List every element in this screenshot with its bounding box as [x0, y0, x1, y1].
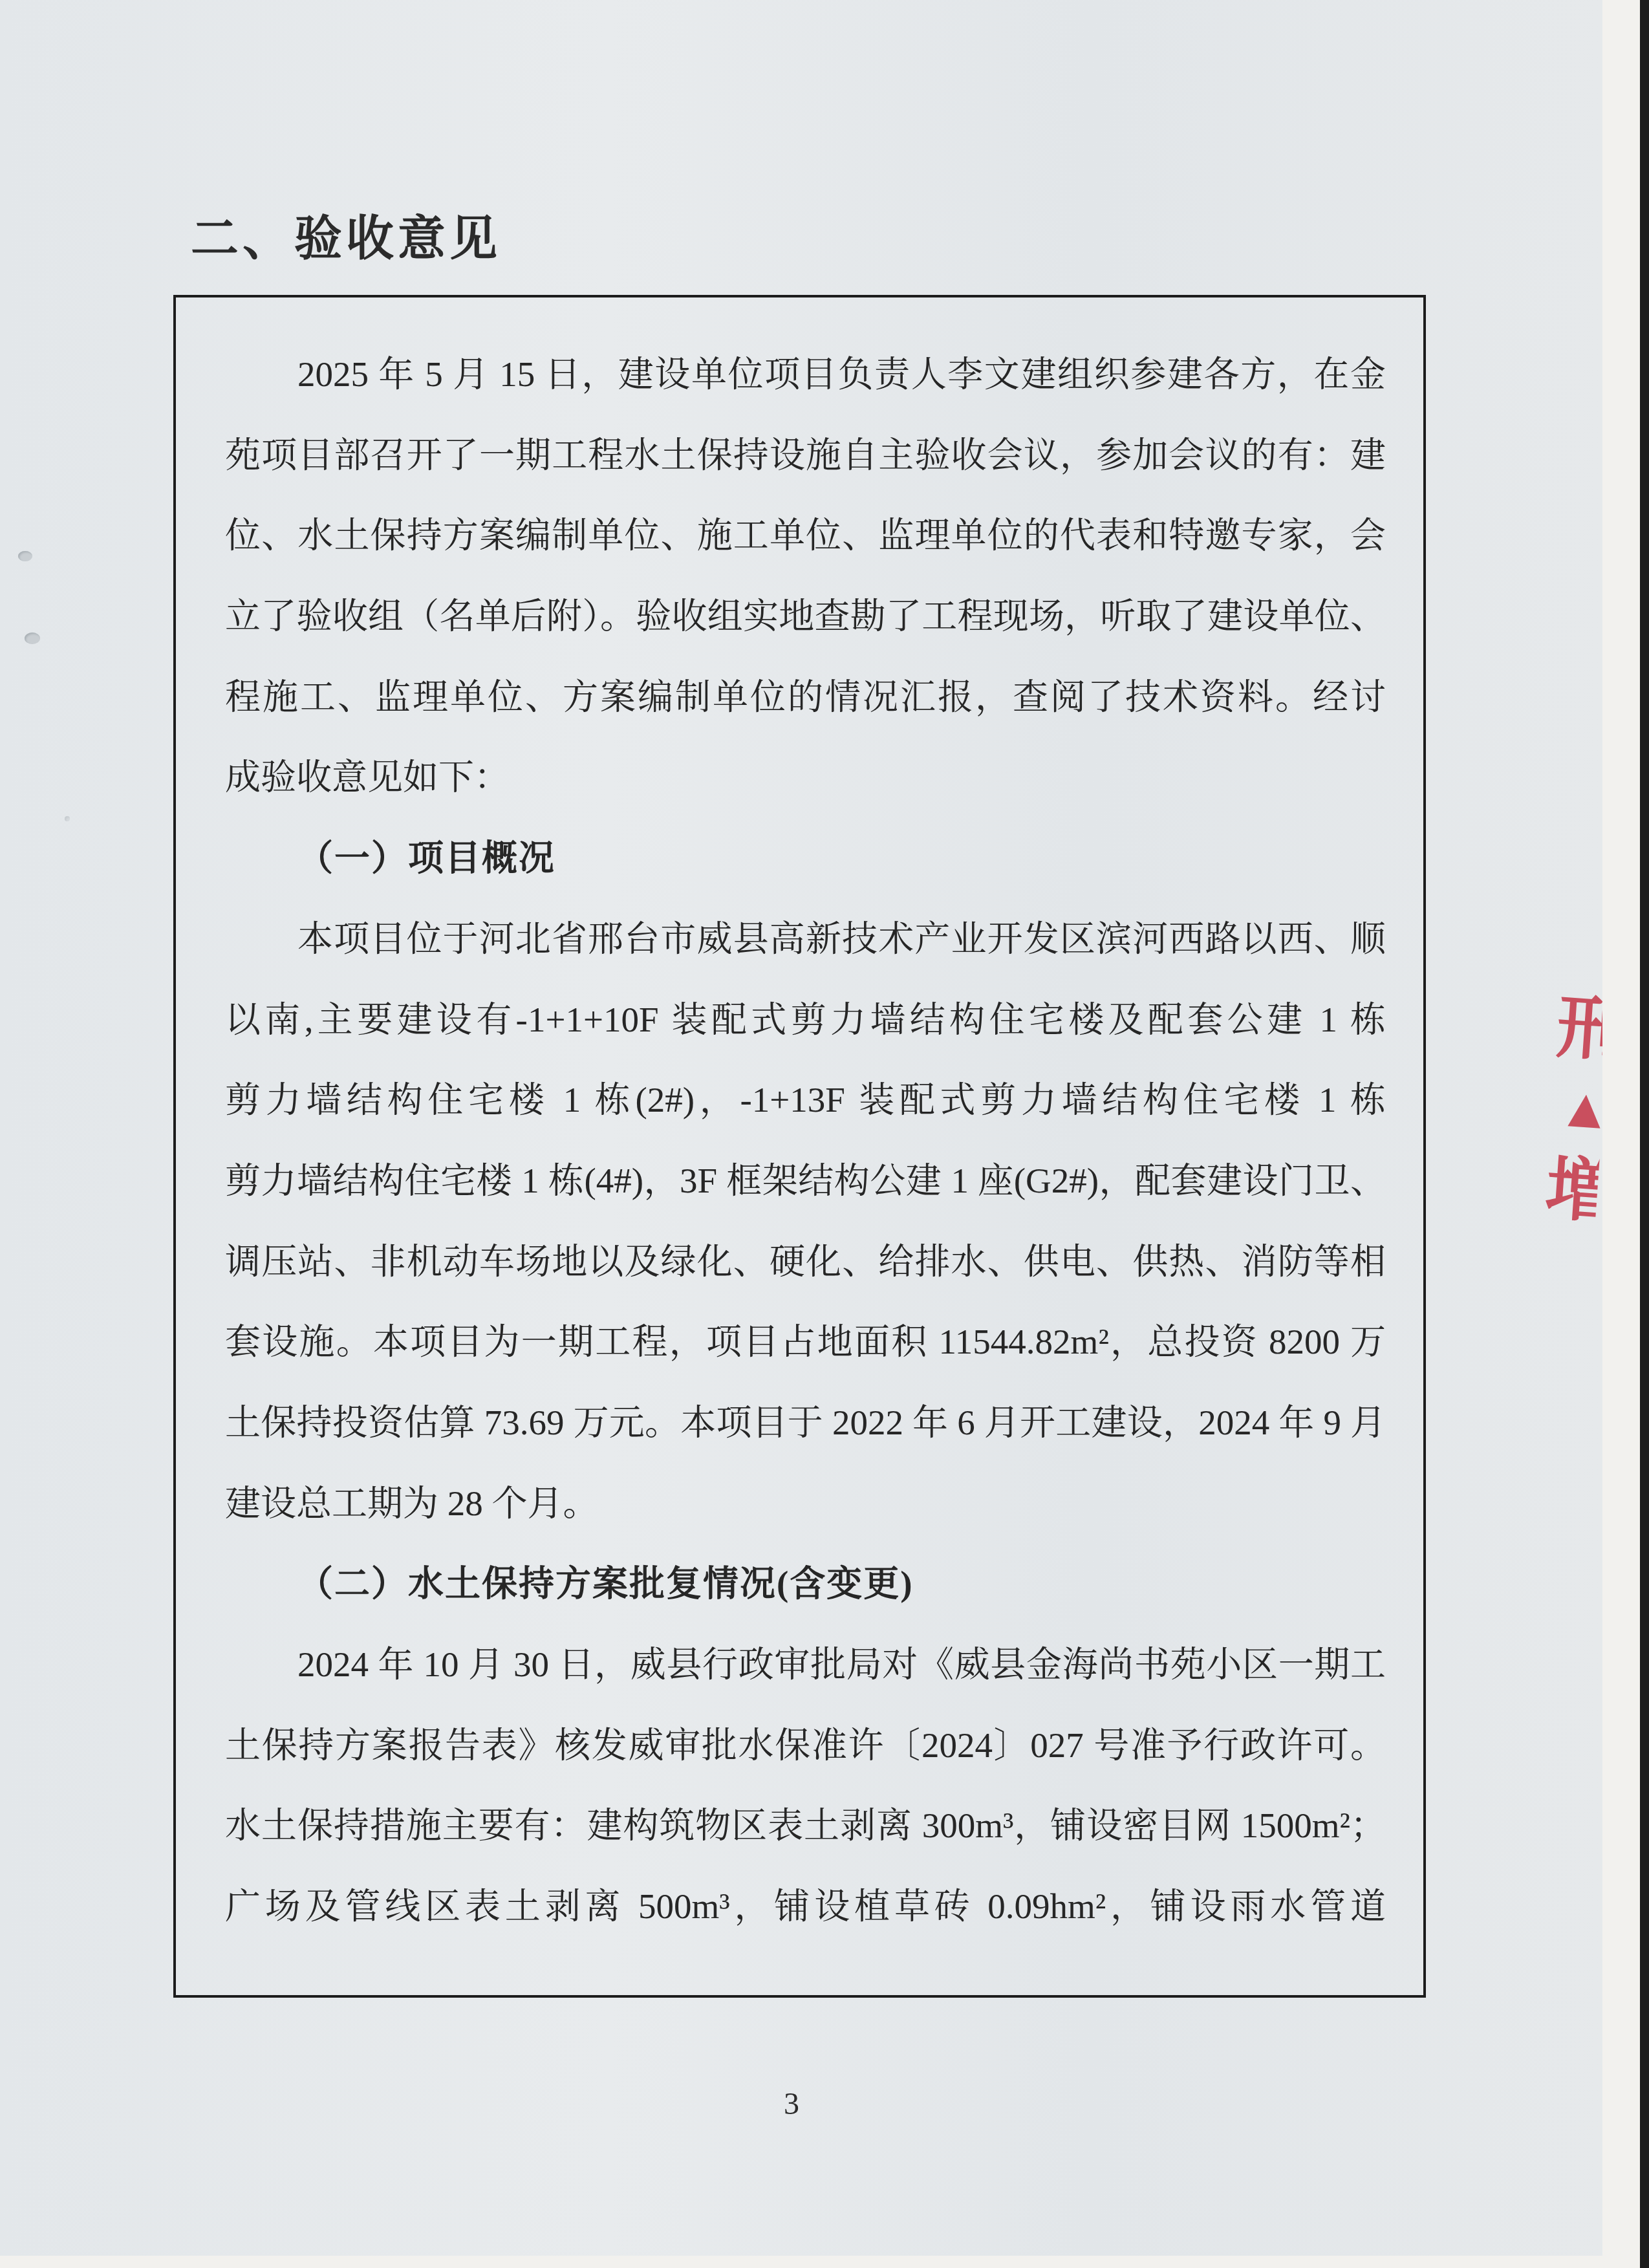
body-line: 成验收意见如下：: [225, 737, 1386, 818]
body-line: 本项目位于河北省邢台市威县高新技术产业开发区滨河西路以西、顺城路: [225, 899, 1386, 980]
body-line: 建设总工期为 28 个月。: [225, 1463, 1386, 1544]
body-line: 程施工、监理单位、方案编制单位的情况汇报，查阅了技术资料。经讨论，形: [225, 657, 1386, 738]
paper-speck: [65, 816, 70, 821]
body-line: 广场及管线区表土剥离 500m³，铺设植草砖 0.09hm²，铺设雨水管道 30…: [225, 1866, 1386, 1947]
body-line: 土保持投资估算 73.69 万元。本项目于 2022 年 6 月开工建设，202…: [225, 1383, 1386, 1463]
body-line: 2025 年 5 月 15 日，建设单位项目负责人李文建组织参建各方，在金海尚书: [225, 334, 1386, 415]
subsection-heading-1: （一）项目概况: [225, 818, 1386, 899]
body-line: 剪力墙结构住宅楼 1 栋(4#)，3F 框架结构公建 1 座(G2#)，配套建设…: [225, 1141, 1386, 1222]
staple-hole: [25, 632, 40, 644]
subsection-heading-2: （二）水土保持方案批复情况(含变更): [225, 1544, 1386, 1625]
body-line: 立了验收组（名单后附）。验收组实地查勘了工程现场，听取了建设单位、工: [225, 576, 1386, 657]
body-line: 位、水土保持方案编制单位、施工单位、监理单位的代表和特邀专家，会议成: [225, 495, 1386, 576]
body-line: 剪力墙结构住宅楼 1 栋(2#)，-1+13F 装配式剪力墙结构住宅楼 1 栋(…: [225, 1060, 1386, 1141]
staple-hole: [18, 551, 32, 561]
red-stamp-fragment: 刑 ▲ 増: [1537, 980, 1602, 1255]
stamp-glyph-fragment: 増: [1544, 1153, 1602, 1229]
body-line: 2024 年 10 月 30 日，威县行政审批局对《威县金海尚书苑小区一期工程水: [225, 1625, 1386, 1705]
scanned-document-page: { "document": { "section_title": "二、验收意见…: [0, 0, 1649, 2268]
body-line: 土保持方案报告表》核发威审批水保准许〔2024〕027 号准予行政许可。许可的: [225, 1705, 1386, 1786]
body-line: 调压站、非机动车场地以及绿化、硬化、给排水、供电、供热、消防等相关配: [225, 1222, 1386, 1302]
acceptance-opinion-box: 2025 年 5 月 15 日，建设单位项目负责人李文建组织参建各方，在金海尚书…: [173, 295, 1426, 1998]
scanner-dark-edge: [1640, 0, 1649, 2268]
stamp-glyph-fragment: 刑: [1555, 992, 1602, 1068]
body-line: 以南,主要建设有-1+1+10F 装配式剪力墙结构住宅楼及配套公建 1 栋(1#…: [225, 980, 1386, 1061]
page-number: 3: [784, 2086, 799, 2122]
paper-sheet: 二、验收意见 2025 年 5 月 15 日，建设单位项目负责人李文建组织参建各…: [0, 0, 1602, 2256]
stamp-glyph-fragment: ▲: [1556, 1079, 1602, 1140]
section-title: 二、验收意见: [191, 200, 501, 269]
body-line: 套设施。本项目为一期工程，项目占地面积 11544.82m²，总投资 8200 …: [225, 1302, 1386, 1383]
body-line: 苑项目部召开了一期工程水土保持设施自主验收会议，参加会议的有：建设单: [225, 415, 1386, 496]
body-line: 水土保持措施主要有：建构筑物区表土剥离 300m³，铺设密目网 1500m²；道…: [225, 1786, 1386, 1866]
